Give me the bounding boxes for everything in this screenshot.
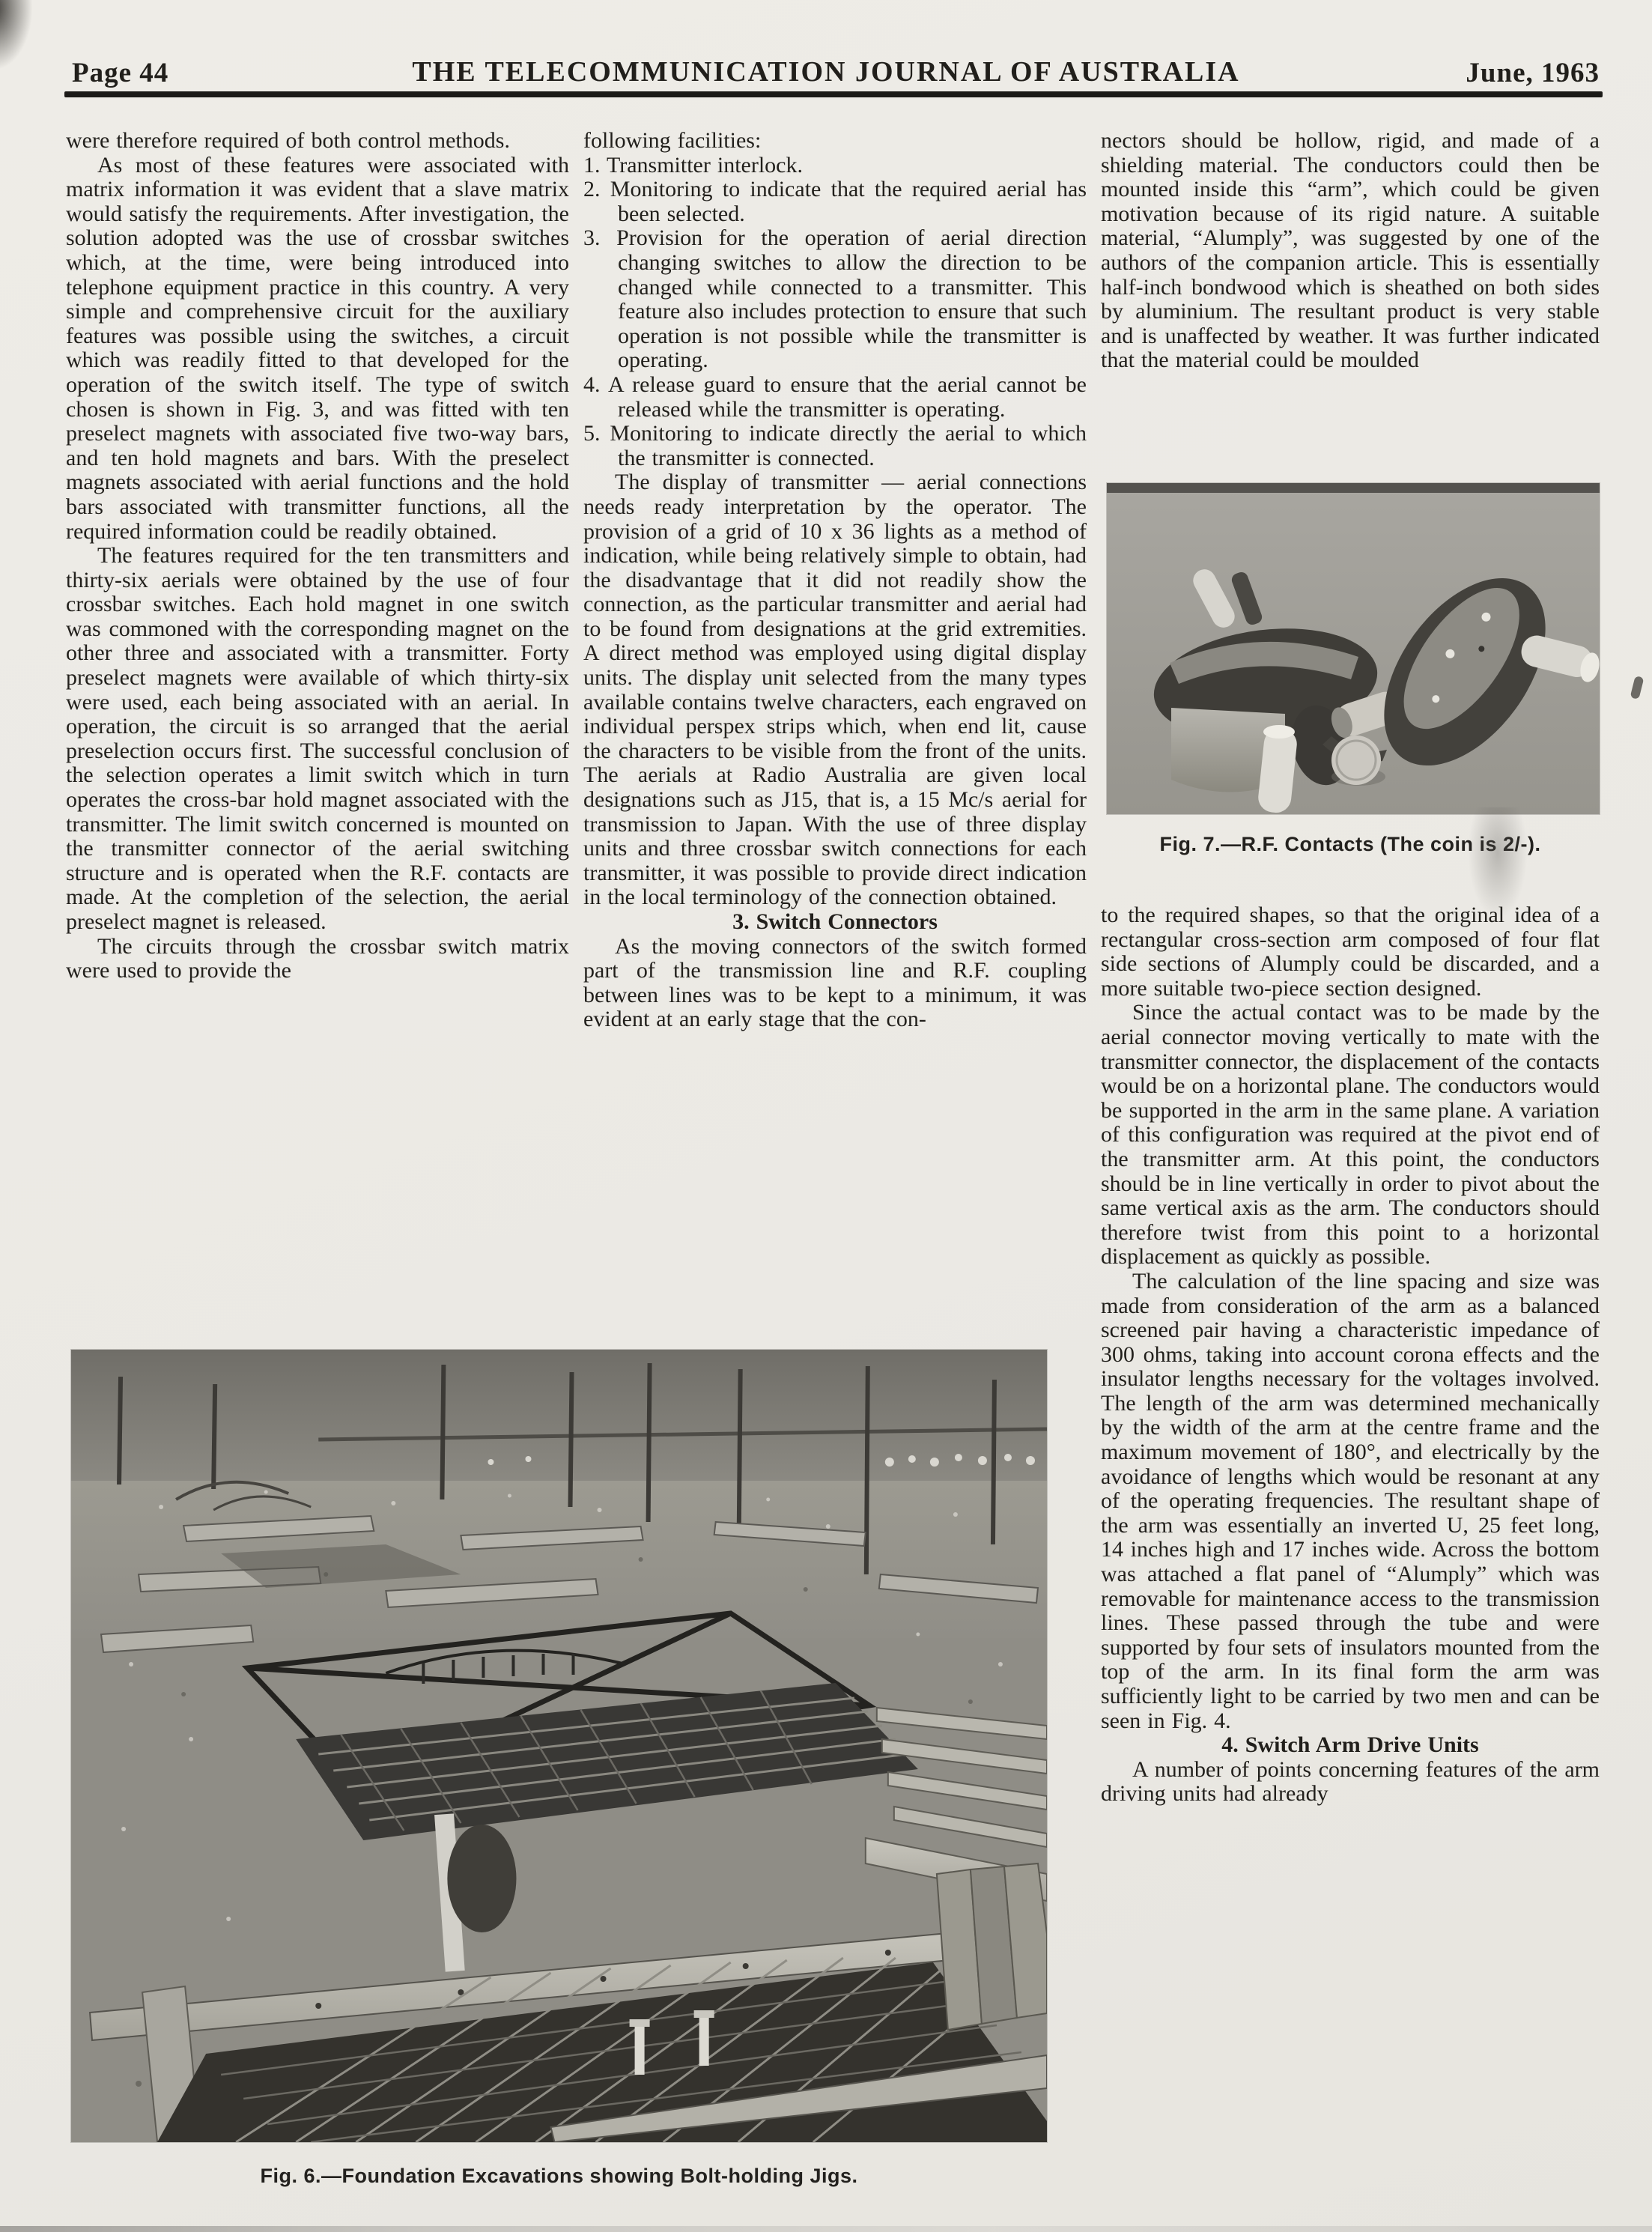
fig6-photo <box>71 1350 1047 2142</box>
journal-title: THE TELECOMMUNICATION JOURNAL OF AUSTRAL… <box>0 55 1652 88</box>
paragraph: As the moving connectors of the switch f… <box>583 935 1087 1032</box>
column-3-main: to the required shapes, so that the orig… <box>1101 903 1600 2139</box>
journal-page: Page 44 THE TELECOMMUNICATION JOURNAL OF… <box>0 0 1652 2232</box>
list-item: 2. Monitoring to indicate that the requi… <box>583 178 1087 226</box>
paragraph: following facilities: <box>583 129 1087 154</box>
column-1: were therefore required of both control … <box>66 129 569 1335</box>
paragraph: nectors should be hollow, rigid, and mad… <box>1101 129 1600 373</box>
paragraph: The circuits through the crossbar switch… <box>66 935 569 983</box>
scan-mark <box>1630 676 1645 700</box>
list-item: 1. Transmitter interlock. <box>583 154 1087 178</box>
paragraph: The display of transmitter — aerial conn… <box>583 470 1087 910</box>
list-item: 4. A release guard to ensure that the ae… <box>583 373 1087 422</box>
paragraph: The calculation of the line spacing and … <box>1101 1270 1600 1733</box>
issue-date: June, 1963 <box>1466 57 1600 89</box>
paragraph: were therefore required of both control … <box>66 129 569 154</box>
column-3-top: nectors should be hollow, rigid, and mad… <box>1101 129 1600 470</box>
scan-streak <box>1468 807 1528 920</box>
paragraph: The features required for the ten transm… <box>66 544 569 935</box>
header-rule <box>64 91 1603 97</box>
paragraph: A number of points concerning features o… <box>1101 1758 1600 1807</box>
section-heading-switch-arm-drive-units: 4. Switch Arm Drive Units <box>1101 1733 1600 1758</box>
section-heading-switch-connectors: 3. Switch Connectors <box>583 910 1087 935</box>
page-edge-shadow <box>0 2226 1652 2232</box>
scan-smudge <box>0 0 33 70</box>
column-2: following facilities: 1. Transmitter int… <box>583 129 1087 1357</box>
paragraph: Since the actual contact was to be made … <box>1101 1001 1600 1270</box>
paragraph: As most of these features were associate… <box>66 154 569 545</box>
fig7-photo <box>1107 483 1600 814</box>
list-item: 5. Monitoring to indicate directly the a… <box>583 422 1087 470</box>
fig6-caption: Fig. 6.—Foundation Excavations showing B… <box>71 2165 1047 2188</box>
fig7-caption: Fig. 7.—R.F. Contacts (The coin is 2/-). <box>1095 833 1606 856</box>
list-item: 3. Provision for the operation of aerial… <box>583 226 1087 373</box>
